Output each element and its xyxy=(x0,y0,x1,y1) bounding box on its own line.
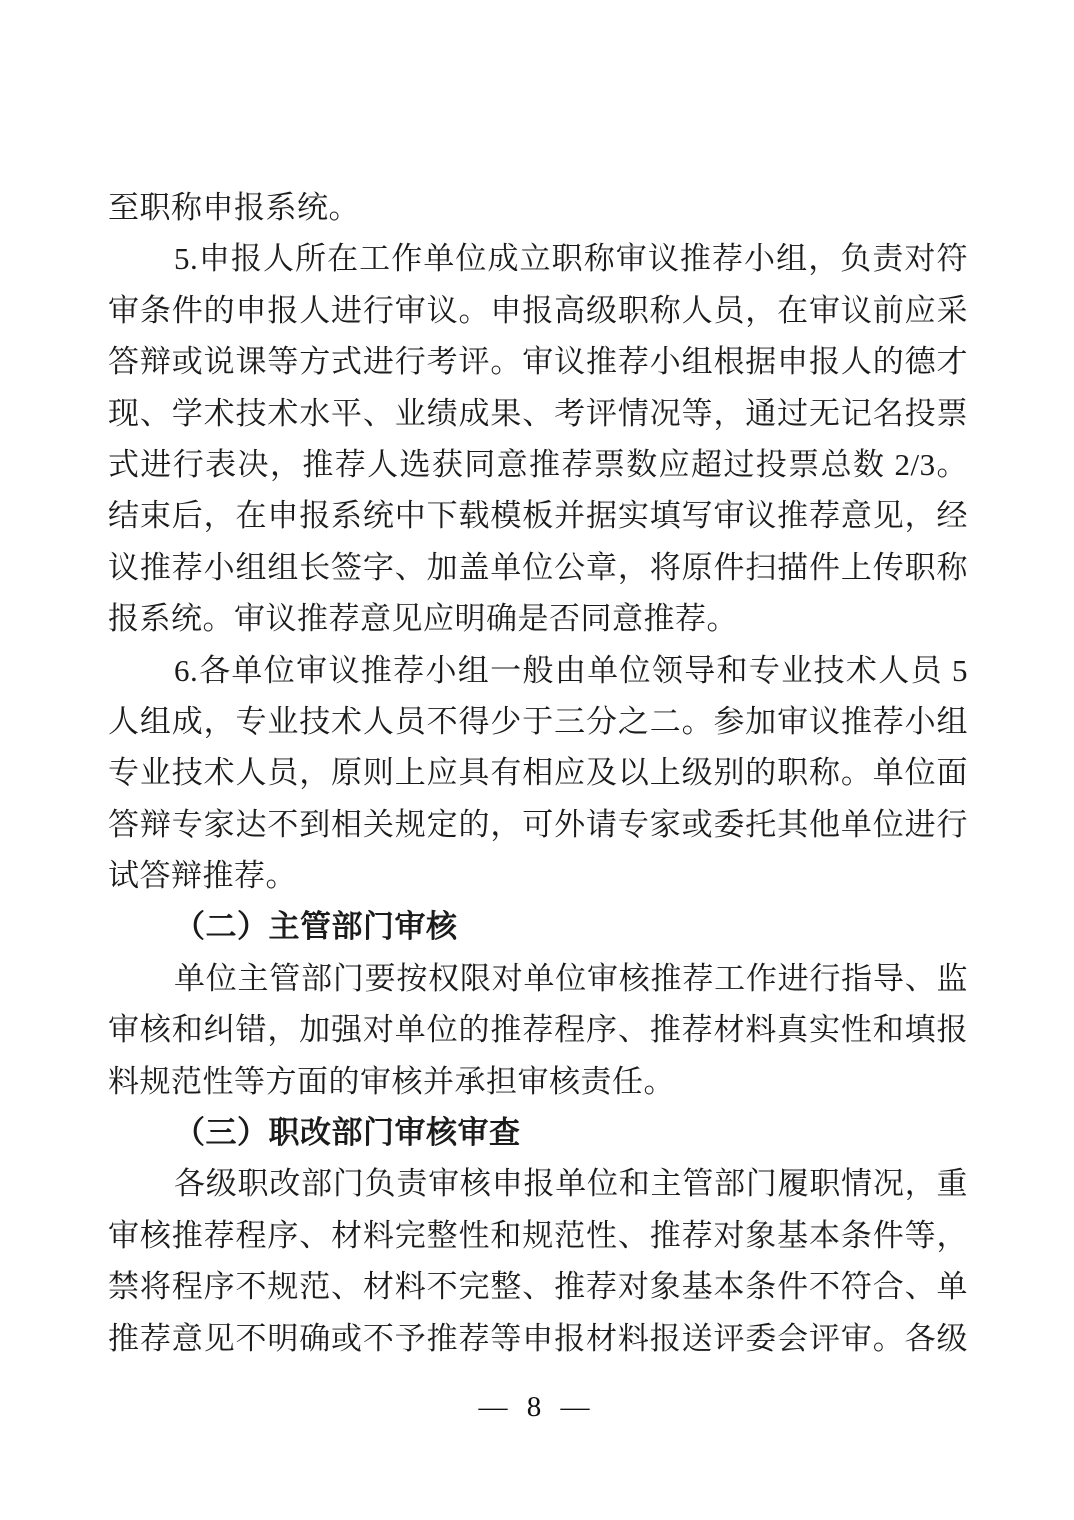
text-line: 料规范性等方面的审核并承担审核责任。 xyxy=(108,1056,968,1107)
text-line: 报系统。审议推荐意见应明确是否同意推荐。 xyxy=(108,593,968,644)
text-line: 试答辩推荐。 xyxy=(108,850,968,901)
text-line: 式进行表决，推荐人选获同意推荐票数应超过投票总数 2/3。审议 xyxy=(108,439,968,490)
text-line: 审条件的申报人进行审议。申报高级职称人员，在审议前应采取 xyxy=(108,285,968,336)
text-line: 至职称申报系统。 xyxy=(108,182,968,233)
page-footer: — 8 — xyxy=(0,1385,1074,1429)
text-line: 各级职改部门负责审核申报单位和主管部门履职情况，重点 xyxy=(108,1158,968,1209)
text-line: 人组成，专业技术人员不得少于三分之二。参加审议推荐小组的 xyxy=(108,696,968,747)
text-line: 6.各单位审议推荐小组一般由单位领导和专业技术人员 5 或 7 xyxy=(108,645,968,696)
text-line: 禁将程序不规范、材料不完整、推荐对象基本条件不符合、单位 xyxy=(108,1261,968,1312)
text-line: 专业技术人员，原则上应具有相应及以上级别的职称。单位面试 xyxy=(108,747,968,798)
document-page: 至职称申报系统。 5.申报人所在工作单位成立职称审议推荐小组，负责对符合评 审条… xyxy=(0,0,1074,1520)
text-line: 现、学术技术水平、业绩成果、考评情况等，通过无记名投票方 xyxy=(108,388,968,439)
text-line: 5.申报人所在工作单位成立职称审议推荐小组，负责对符合评 xyxy=(108,233,968,284)
text-line: 审核和纠错，加强对单位的推荐程序、推荐材料真实性和填报材 xyxy=(108,1004,968,1055)
document-body: 至职称申报系统。 5.申报人所在工作单位成立职称审议推荐小组，负责对符合评 审条… xyxy=(108,182,968,1364)
text-line: 审核推荐程序、材料完整性和规范性、推荐对象基本条件等，严 xyxy=(108,1210,968,1261)
text-line: 推荐意见不明确或不予推荐等申报材料报送评委会评审。各级职 xyxy=(108,1313,968,1364)
text-line: 结束后，在申报系统中下载模板并据实填写审议推荐意见，经审 xyxy=(108,490,968,541)
text-line: 答辩或说课等方式进行考评。审议推荐小组根据申报人的德才表 xyxy=(108,336,968,387)
text-line: 答辩专家达不到相关规定的，可外请专家或委托其他单位进行面 xyxy=(108,799,968,850)
section-heading: （三）职改部门审核审查 xyxy=(108,1107,968,1158)
text-line: 单位主管部门要按权限对单位审核推荐工作进行指导、监督、 xyxy=(108,953,968,1004)
text-line: 议推荐小组组长签字、加盖单位公章，将原件扫描件上传职称申 xyxy=(108,542,968,593)
section-heading: （二）主管部门审核 xyxy=(108,901,968,952)
page-number-label: — 8 — xyxy=(479,1391,596,1423)
